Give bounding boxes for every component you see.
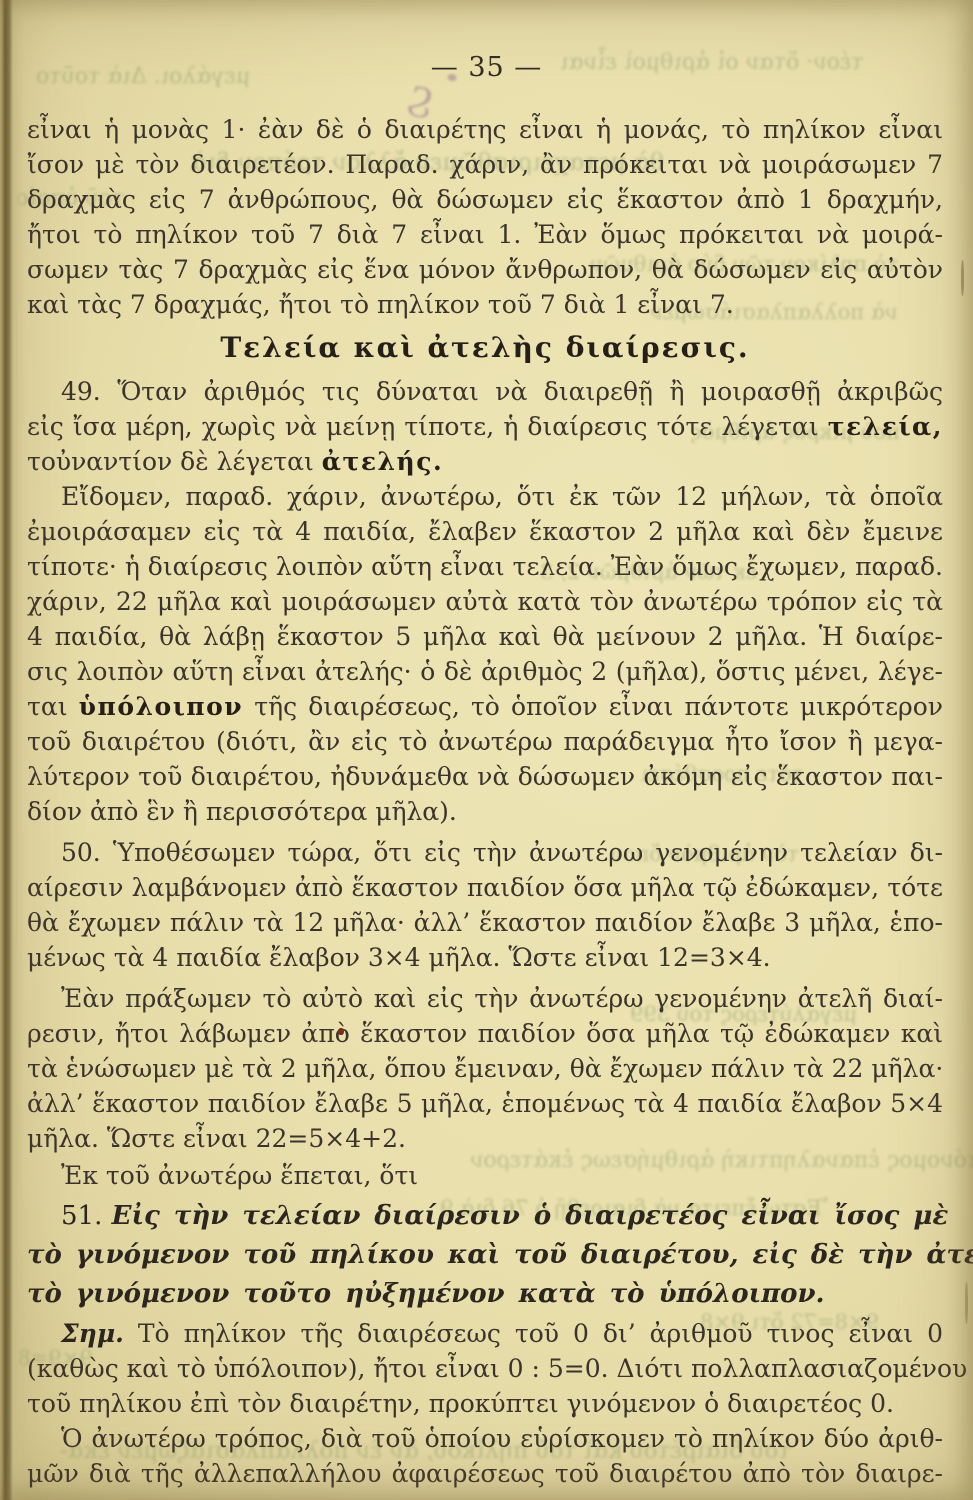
text-run: Τὸ πηλίκον τῆς διαιρέσεως τοῦ 0 δι’ ἀριθ… (124, 1319, 943, 1348)
text-run: Εἴδομεν, παραδ. χάριν, ἀνωτέρω, ὅτι ἐκ τ… (61, 482, 943, 511)
text-run: μῶν διὰ τῆς ἀλλεπαλλήλου ἀφαιρέσεως τοῦ … (27, 1459, 943, 1488)
text-run: τελεία, (828, 412, 943, 441)
text-run: 51. (61, 1201, 112, 1231)
text-run: 4 παιδία, θὰ λάβῃ ἕκαστον 5 μῆλα καὶ θὰ … (27, 622, 943, 651)
text-run: μένως τὰ 4 παιδία ἔλαβον 3×4 μῆλα. Ὥστε … (27, 943, 771, 972)
text-line: μένως τὰ 4 παιδία ἔλαβον 3×4 μῆλα. Ὥστε … (27, 940, 943, 975)
text-run: τοῦ διαιρέτου (διότι, ἂν εἰς τὸ ἀνωτέρω … (27, 727, 943, 756)
text-run: ἐμοιράσαμεν εἰς τὰ 4 παιδία, ἔλαβεν ἕκασ… (27, 517, 943, 546)
text-run: Εἰς τὴν τελείαν διαίρεσιν ὁ διαιρετέος ε… (112, 1201, 949, 1231)
page-content: — 35 — εἶναι ἡ μονὰς 1· ἐὰν δὲ ὁ διαιρέτ… (0, 50, 973, 1491)
text-run: Ἐὰν πράξωμεν τὸ αὐτὸ καὶ εἰς τὴν ἀνωτέρω… (61, 984, 943, 1013)
text-run: χάριν, 22 μῆλα καὶ μοιράσωμεν αὐτὰ κατὰ … (27, 587, 943, 616)
text-line: ἴσον μὲ τὸν διαιρετέον. Παραδ. χάριν, ἂν… (27, 147, 943, 182)
text-line: 51. Εἰς τὴν τελείαν διαίρεσιν ὁ διαιρετέ… (27, 1197, 943, 1236)
text-line: θὰ ἔχωμεν πάλιν τὰ 12 μῆλα· ἀλλ’ ἕκαστον… (27, 905, 943, 940)
text-line: Σημ. Τὸ πηλίκον τῆς διαιρέσεως τοῦ 0 δι’… (27, 1316, 943, 1351)
text-run: τὰ ἑνώσωμεν μὲ τὰ 2 μῆλα, ὅπου ἔμειναν, … (27, 1054, 943, 1083)
text-line: λύτερον τοῦ διαιρέτου, ἠδυνάμεθα νὰ δώσω… (27, 759, 943, 794)
text-line: μῆλα. Ὥστε εἶναι 22=5×4+2. (27, 1121, 943, 1156)
text-run: ἤτοι τὸ πηλίκον τοῦ 7 διὰ 7 εἶναι 1. Ἐὰν… (27, 220, 943, 249)
text-run: εἶναι ἡ μονὰς 1· ἐὰν δὲ ὁ διαιρέτης εἶνα… (27, 115, 943, 144)
text-run: αίρεσιν λαμβάνομεν ἀπὸ ἕκαστον παιδίον ὅ… (27, 873, 943, 902)
text-line: τοῦ πηλίκου ἐπὶ τὸν διαιρέτην, προκύπτει… (27, 1386, 943, 1421)
text-run: δραχμὰς εἰς 7 ἀνθρώπους, θὰ δώσωμεν εἰς … (27, 185, 943, 214)
text-line: τὸ γινόμενον τοῦ πηλίκου καὶ τοῦ διαιρέτ… (27, 1236, 943, 1275)
text-line: Εἴδομεν, παραδ. χάριν, ἀνωτέρω, ὅτι ἐκ τ… (27, 479, 943, 514)
text-line: ἤτοι τὸ πηλίκον τοῦ 7 διὰ 7 εἶναι 1. Ἐὰν… (27, 217, 943, 252)
text-line: ἐμοιράσαμεν εἰς τὰ 4 παιδία, ἔλαβεν ἕκασ… (27, 514, 943, 549)
text-line: Ἐκ τοῦ ἀνωτέρω ἕπεται, ὅτι (27, 1158, 943, 1193)
text-line: μῶν διὰ τῆς ἀλλεπαλλήλου ἀφαιρέσεως τοῦ … (27, 1456, 943, 1491)
text-line: καὶ τὰς 7 δραχμάς, ἤτοι τὸ πηλίκον τοῦ 7… (27, 287, 943, 322)
page-number: — 35 — (0, 50, 973, 86)
text-run: ἀτελής. (322, 447, 443, 476)
text-line: σωμεν τὰς 7 δραχμὰς εἰς ἕνα μόνον ἄνθρωπ… (27, 252, 943, 287)
text-line: τοὐναντίον δὲ λέγεται ἀτελής. (27, 444, 943, 479)
text-run: εἰς ἴσα μέρη, χωρὶς νὰ μείνῃ τίποτε, ἡ δ… (27, 412, 828, 441)
text-line: τὰ ἑνώσωμεν μὲ τὰ 2 μῆλα, ὅπου ἔμειναν, … (27, 1051, 943, 1086)
text-line: τίποτε· ἡ διαίρεσις λοιπὸν αὕτη εἶναι τε… (27, 549, 943, 584)
text-line: σις λοιπὸν αὕτη εἶναι ἀτελής· ὁ δὲ ἀριθμ… (27, 654, 943, 689)
text-line: ἀλλ’ ἕκαστον παιδίον ἔλαβε 5 μῆλα, ἑπομέ… (27, 1086, 943, 1121)
text-run: ται (27, 692, 79, 721)
paper-speck (965, 1282, 968, 1324)
text-run: τίποτε· ἡ διαίρεσις λοιπὸν αὕτη εἶναι τε… (27, 552, 943, 581)
text-run: Τελεία καὶ ἀτελὴς διαίρεσις. (220, 331, 749, 364)
text-run: μῆλα. Ὥστε εἶναι 22=5×4+2. (27, 1124, 406, 1153)
text-run: δίον ἀπὸ ἓν ἢ περισσότερα μῆλα). (27, 797, 457, 826)
book-page: τέον· ὅταν οἱ ἀριθμοὶ εἶναιμεγάλοι. Διὰ … (0, 0, 973, 1500)
text-line: 50. Ὑποθέσωμεν τώρα, ὅτι εἰς τὴν ἀνωτέρω… (27, 835, 943, 870)
text-run: σωμεν τὰς 7 δραχμὰς εἰς ἕνα μόνον ἄνθρωπ… (27, 255, 943, 284)
text-run: Σημ. (61, 1319, 124, 1348)
text-run: τοῦ πηλίκου ἐπὶ τὸν διαιρέτην, προκύπτει… (27, 1389, 894, 1418)
paper-speck (338, 1028, 344, 1035)
text-run: θὰ ἔχωμεν πάλιν τὰ 12 μῆλα· ἀλλ’ ἕκαστον… (27, 908, 943, 937)
text-run: 50. Ὑποθέσωμεν τώρα, ὅτι εἰς τὴν ἀνωτέρω… (61, 838, 943, 867)
text-line: Ἐὰν πράξωμεν τὸ αὐτὸ καὶ εἰς τὴν ἀνωτέρω… (27, 981, 943, 1016)
text-run: Ὁ ἀνωτέρω τρόπος, διὰ τοῦ ὁποίου εὑρίσκο… (61, 1424, 943, 1453)
text-run: τοὐναντίον δὲ λέγεται (27, 447, 322, 476)
text-run: ρεσιν, ἤτοι λάβωμεν ἀπὸ ἕκαστον παιδίον … (27, 1019, 943, 1048)
text-line: τὸ γινόμενον τοῦτο ηὐξημένον κατὰ τὸ ὑπό… (27, 1275, 943, 1314)
text-line: εἰς ἴσα μέρη, χωρὶς νὰ μείνῃ τίποτε, ἡ δ… (27, 409, 943, 444)
text-line: χάριν, 22 μῆλα καὶ μοιράσωμεν αὐτὰ κατὰ … (27, 584, 943, 619)
text-run: λύτερον τοῦ διαιρέτου, ἠδυνάμεθα νὰ δώσω… (27, 762, 943, 791)
text-line: δραχμὰς εἰς 7 ἀνθρώπους, θὰ δώσωμεν εἰς … (27, 182, 943, 217)
text-run: ἀλλ’ ἕκαστον παιδίον ἔλαβε 5 μῆλα, ἑπομέ… (27, 1089, 943, 1118)
text-block: εἶναι ἡ μονὰς 1· ἐὰν δὲ ὁ διαιρέτης εἶνα… (27, 112, 943, 1491)
text-line: Ὁ ἀνωτέρω τρόπος, διὰ τοῦ ὁποίου εὑρίσκο… (27, 1421, 943, 1456)
text-run: ἴσον μὲ τὸν διαιρετέον. Παραδ. χάριν, ἂν… (27, 150, 943, 179)
page-gutter-edge (0, 0, 24, 1500)
text-run: 49. Ὅταν ἀριθμός τις δύναται νὰ διαιρεθῇ… (61, 377, 943, 406)
text-run: καὶ τὰς 7 δραχμάς, ἤτοι τὸ πηλίκον τοῦ 7… (27, 290, 734, 319)
text-line: 49. Ὅταν ἀριθμός τις δύναται νὰ διαιρεθῇ… (27, 374, 943, 409)
section-heading: Τελεία καὶ ἀτελὴς διαίρεσις. (27, 328, 943, 372)
text-line: 4 παιδία, θὰ λάβῃ ἕκαστον 5 μῆλα καὶ θὰ … (27, 619, 943, 654)
text-line: ρεσιν, ἤτοι λάβωμεν ἀπὸ ἕκαστον παιδίον … (27, 1016, 943, 1051)
text-run: τὸ γινόμενον τοῦ πηλίκου καὶ τοῦ διαιρέτ… (27, 1240, 973, 1270)
text-run: σις λοιπὸν αὕτη εἶναι ἀτελής· ὁ δὲ ἀριθμ… (27, 657, 943, 686)
text-run: (καθὼς καὶ τὸ ὑπόλοιπον), ἤτοι εἶναι 0 :… (27, 1354, 967, 1383)
text-line: εἶναι ἡ μονὰς 1· ἐὰν δὲ ὁ διαιρέτης εἶνα… (27, 112, 943, 147)
text-run: Ἐκ τοῦ ἀνωτέρω ἕπεται, ὅτι (61, 1161, 418, 1190)
text-run: ὑπόλοιπον (79, 692, 243, 721)
text-line: αίρεσιν λαμβάνομεν ἀπὸ ἕκαστον παιδίον ὅ… (27, 870, 943, 905)
text-run: τὸ γινόμενον τοῦτο ηὐξημένον κατὰ τὸ ὑπό… (27, 1279, 825, 1309)
text-run: τῆς διαιρέσεως, τὸ ὁποῖον εἶναι πάντοτε … (243, 692, 943, 721)
text-line: (καθὼς καὶ τὸ ὑπόλοιπον), ἤτοι εἶναι 0 :… (27, 1351, 943, 1386)
text-line: δίον ἀπὸ ἓν ἢ περισσότερα μῆλα). (27, 794, 943, 829)
text-line: ται ὑπόλοιπον τῆς διαιρέσεως, τὸ ὁποῖον … (27, 689, 943, 724)
paper-speck (961, 260, 964, 296)
text-line: τοῦ διαιρέτου (διότι, ἂν εἰς τὸ ἀνωτέρω … (27, 724, 943, 759)
